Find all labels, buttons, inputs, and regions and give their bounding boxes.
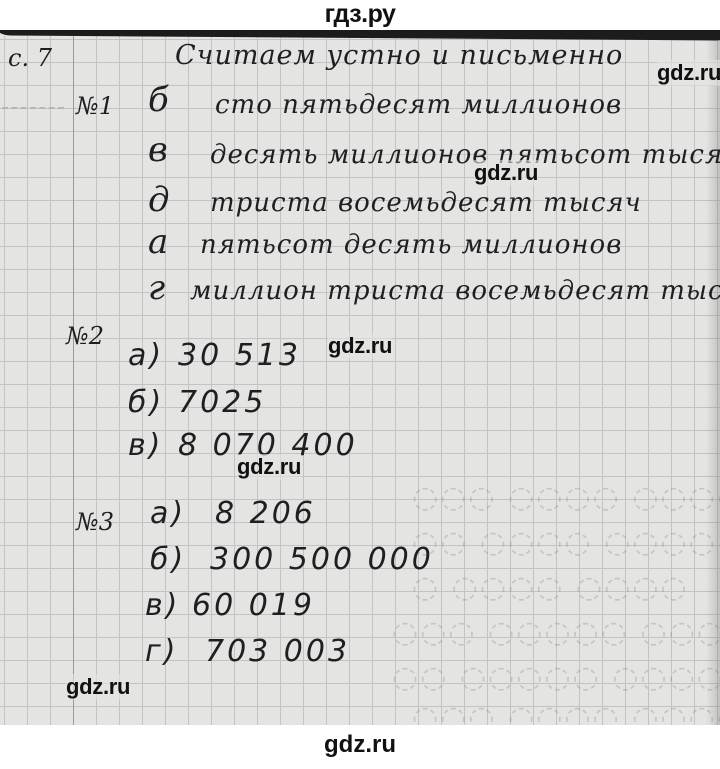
item-value: 7025 [178,385,266,420]
item-letter: б) [128,385,164,420]
item-letter: б [148,80,169,120]
item-letter: в [148,130,168,170]
item-text: пятьсот десять миллионов [200,230,622,260]
watermark: gdz.ru [66,674,130,700]
item-letter: а [148,222,168,262]
item-value: 60 019 [192,588,315,623]
item-text: триста восемьдесят тысяч [210,188,642,218]
watermark: gdz.ru [328,333,392,359]
item-letter: в) [145,588,180,623]
exercise-number: №1 [76,92,114,120]
item-letter: б) [150,542,186,577]
notebook-page: ◌◌◌◌ ◌◌◌◌ ◌◌◌ ◌◌◌◌ ◌◌◌◌ ◌◌ ◌◌◌◌ ◌◌◌◌ ◌ ◌… [0,30,720,725]
exercise-number: №2 [66,322,104,350]
item-value: 30 513 [178,338,301,373]
item-text: сто пятьдесят миллионов [215,90,622,120]
dashed-mark [2,107,64,109]
item-text: десять миллионов пятьсот тысяч [210,140,720,170]
watermark: gdz.ru [657,60,720,86]
page-label: с. 7 [8,44,52,72]
item-letter: г [148,268,165,308]
item-letter: в) [128,428,163,463]
page-heading: Считаем устно и письменно [175,40,623,71]
bleed-through-decoration: ◌◌◌◌ ◌◌◌◌ ◌ [410,570,687,605]
site-header-logo[interactable]: гдз.ру [0,0,720,30]
item-letter: а) [128,338,164,373]
margin-line [73,36,74,725]
item-value: 703 003 [205,634,350,669]
item-value: 8 206 [215,496,316,531]
site-footer-watermark[interactable]: gdz.ru [0,725,720,769]
bleed-through-decoration: ◌◌◌◌◌ ◌◌◌◌◌ ◌◌◌ [390,615,720,650]
item-letter: д [148,180,170,220]
watermark: gdz.ru [474,160,538,186]
bleed-through-decoration: ◌◌◌◌◌ ◌◌◌◌◌ ◌◌ [390,660,720,695]
watermark: gdz.ru [237,454,301,480]
item-letter: г) [145,634,178,669]
item-value: 300 500 000 [210,542,434,577]
item-letter: а) [150,496,186,531]
exercise-number: №3 [76,508,114,536]
bleed-through-decoration: ◌◌◌◌ ◌◌◌◌ ◌◌ [410,525,715,560]
bleed-through-decoration: ◌◌◌◌ ◌◌◌◌ ◌◌◌ [410,480,720,515]
bleed-through-decoration: ◌◌◌◌ ◌◌◌◌ ◌◌◌ [410,700,720,725]
item-text: миллион триста восемьдесят тысяч [190,276,720,306]
